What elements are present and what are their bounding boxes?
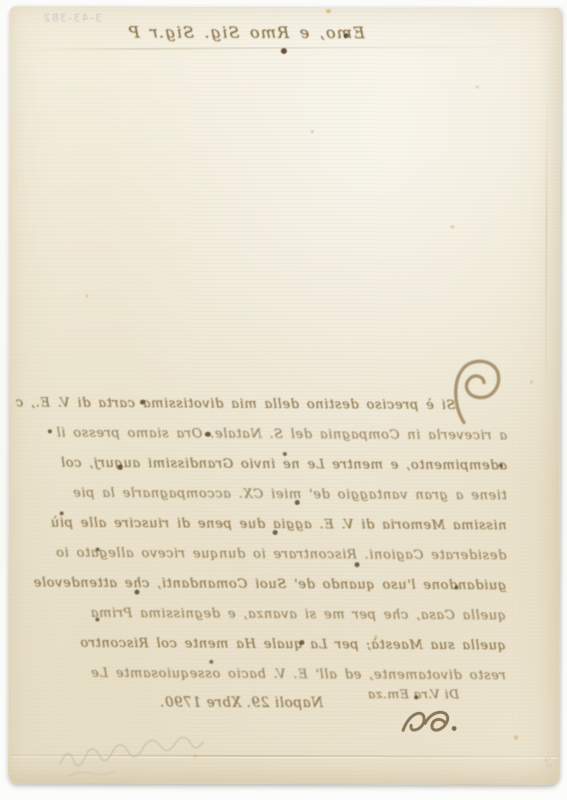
foxing-spot [514,736,518,740]
foxing-spot [530,381,533,384]
ink-blot [414,695,418,699]
salutation-line: Emo, e Rmo Sig. Sig.r Pne Colmo. [127,23,365,64]
signature-flourish [397,704,461,742]
ink-blot [134,590,139,595]
body-line: desiderate Cagioni. Riscontrare io dunqu… [14,538,506,571]
ink-blot [283,452,287,456]
shelfmark-pencil: 3-43-382 [22,12,102,24]
ink-blot [205,432,211,437]
foxing-spot [326,9,331,13]
foxing-spot [194,755,197,758]
letter-body: Si è preciso destino della mia divotissi… [14,388,508,691]
page-number: 2 [536,756,552,771]
foxing-spot [374,635,377,638]
body-line: guidandone l'uso quando de' Suoi Comanda… [14,568,506,601]
paper-sheet: 3-43-382 Emo, e Rmo Sig. Sig.r Pne Colmo… [8,6,561,784]
body-line: nissima Memoria di V. E. aggia due pene … [15,508,507,541]
body-line: a riceverla in Compagnia del S. Natale. … [15,418,507,451]
ink-blot [96,548,100,552]
ink-blot [60,511,64,515]
ink-blot [344,33,349,38]
ink-blot [295,500,300,505]
ink-blot [48,429,52,433]
ink-blot [140,400,145,405]
ink-blot [499,464,503,468]
body-line: adempimento, e mentre Le ne invio Grandi… [15,448,507,481]
foxing-spot [450,225,454,228]
body-line: Si è preciso destino della mia divotissi… [15,388,507,421]
ink-blot [281,48,287,54]
body-line: quella Casa, che per me si avanza, e deg… [14,598,506,631]
fold-crease-right [545,98,548,418]
pencil-inscription [54,734,214,784]
foxing-spot [311,130,314,133]
date-line: Napoli 29. Xbre 1790. [139,695,323,719]
ink-blot [273,530,278,535]
ink-blot [454,585,458,589]
ink-blot [209,660,213,664]
body-line: tiene a gran vantaggio de' miei CX. acco… [15,478,507,511]
ink-blot [355,562,360,567]
foxing-spot [85,294,88,297]
ink-blot [118,465,123,470]
ink-blot [95,618,99,622]
ink-blot [299,640,304,645]
body-line: quella sua Maestà; per La quale Ha mente… [14,628,506,661]
foxing-spot [476,85,479,88]
scan-background: 3-43-382 Emo, e Rmo Sig. Sig.r Pne Colmo… [0,0,567,800]
